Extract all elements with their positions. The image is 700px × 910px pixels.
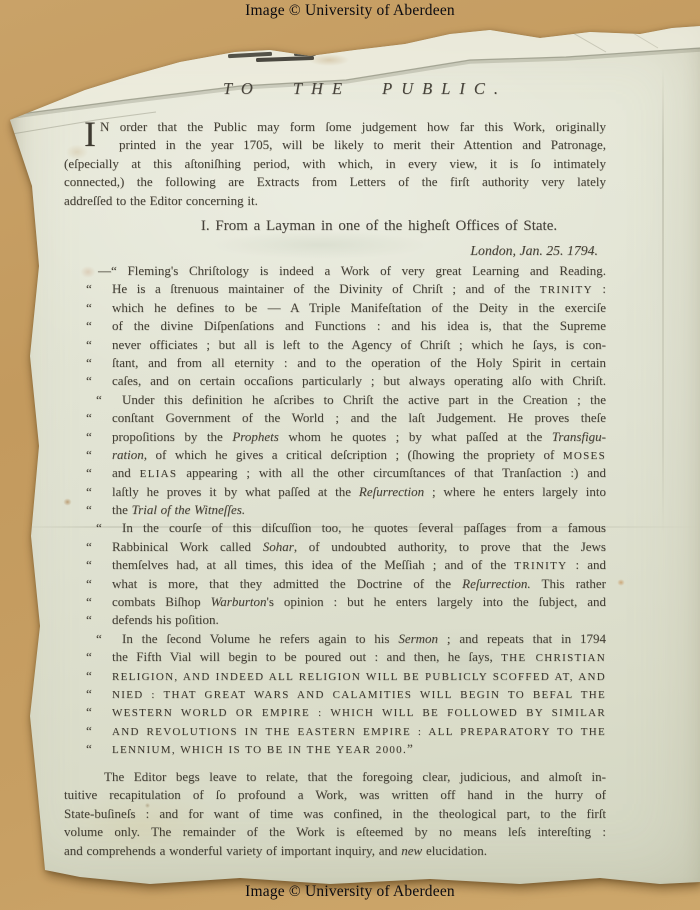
- text-segment: : and: [567, 557, 606, 572]
- text-segment: Warburton: [211, 594, 267, 609]
- quote-mark: “: [86, 464, 92, 482]
- text-segment: ſtant, and from all eternity : and to th…: [112, 355, 606, 370]
- text-line: “NIED : THAT GREAT WARS AND CALAMITIES W…: [64, 685, 606, 703]
- text-segment: appearing ; with all the other circumſta…: [177, 465, 606, 480]
- text-line: “AND REVOLUTIONS IN THE EASTERN EMPIRE :…: [64, 722, 606, 740]
- text-line: “caſes, and on certain occaſions particu…: [64, 372, 606, 390]
- text-line: “RELIGION, AND INDEED ALL RELIGION WILL …: [64, 667, 606, 685]
- text-segment: conſtant Government of the World ; and t…: [112, 410, 606, 425]
- text-segment: THE CHRISTIAN: [501, 652, 606, 664]
- text-segment: Sohar: [263, 539, 294, 554]
- copyright-watermark-top: Image © University of Aberdeen: [0, 2, 700, 20]
- quote-mark: “: [86, 648, 92, 666]
- text-segment: addreſſed to the Editor concerning it.: [64, 193, 258, 208]
- text-line: tuitive recapitulation of ſo profound a …: [64, 786, 606, 804]
- text-segment: of which he gives a critical deſcription…: [147, 447, 563, 462]
- letter-paragraph-3: “In the courſe of this diſcuſſion too, h…: [64, 519, 606, 629]
- text-line: The Editor begs leave to relate, that th…: [64, 768, 606, 786]
- text-line: “themſelves had, at all times, this idea…: [64, 556, 606, 574]
- text-segment: He is a ſtrenuous maintainer of the Divi…: [112, 281, 540, 296]
- text-line: State-buſineſs : and for want of time wa…: [64, 805, 606, 823]
- text-segment: TRINITY: [514, 560, 567, 572]
- text-line: “Under this definition he aſcribes to Ch…: [64, 391, 606, 409]
- letter-paragraph-4: “In the ſecond Volume he refers again to…: [64, 630, 606, 759]
- text-segment: ; and repeats that in 1794: [438, 631, 606, 646]
- text-segment: connected,) the following are Extracts f…: [64, 174, 606, 189]
- printed-text: TO THE PUBLIC. IN order that the Public …: [64, 26, 606, 888]
- text-line: “In the ſecond Volume he refers again to…: [64, 630, 606, 648]
- text-line: “Rabbinical Work called Sohar, of undoub…: [64, 538, 606, 556]
- text-segment: WESTERN WORLD OR EMPIRE : WHICH WILL BE …: [112, 707, 606, 721]
- text-segment: Transfigu-: [552, 429, 606, 444]
- letter-paragraph-2: “Under this definition he aſcribes to Ch…: [64, 391, 606, 520]
- quote-mark: “: [86, 611, 92, 629]
- text-segment: In the courſe of this diſcuſſion too, he…: [122, 520, 606, 535]
- text-segment: which he defines to be — A Triple Manife…: [112, 300, 606, 315]
- text-line: “He is a ſtrenuous maintainer of the Div…: [64, 280, 606, 298]
- quote-mark: “: [86, 372, 92, 390]
- text-line: printed in the year 1705, will be likely…: [64, 136, 606, 154]
- text-segment: MOSES: [563, 450, 606, 462]
- quote-mark: “: [86, 428, 92, 446]
- quote-mark: “: [86, 685, 92, 703]
- text-line: “LENNIUM, WHICH IS TO BE IN THE YEAR 200…: [64, 740, 606, 758]
- text-line: “which he defines to be — A Triple Manif…: [64, 299, 606, 317]
- text-segment: laſtly he proves it by what paſſed at th…: [112, 484, 359, 499]
- text-segment: tuitive recapitulation of ſo profound a …: [64, 787, 606, 802]
- quote-mark: “: [86, 593, 92, 611]
- text-segment: ELIAS: [140, 468, 178, 480]
- text-line: “In the courſe of this diſcuſſion too, h…: [64, 519, 606, 537]
- text-line: “ſtant, and from all eternity : and to t…: [64, 354, 606, 372]
- vertical-crease: [662, 66, 664, 536]
- text-segment: This rather: [531, 576, 606, 591]
- foxing-stain: [616, 578, 626, 587]
- text-line: volume only. The remainder of the Work i…: [64, 823, 606, 841]
- letter-extract: —“ Fleming's Chriſtology is indeed a Wor…: [64, 262, 606, 759]
- text-segment: elucidation.: [422, 843, 487, 858]
- text-segment: Reſurrection: [359, 484, 424, 499]
- paragraph-editor-note: The Editor begs leave to relate, that th…: [64, 768, 606, 860]
- text-line: “the Fifth Vial will begin to be poured …: [64, 648, 606, 666]
- text-segment: caſes, and on certain occaſions particul…: [112, 373, 606, 388]
- text-segment: never officiates ; but all is left to th…: [112, 337, 606, 352]
- text-segment: State-buſineſs : and for want of time wa…: [64, 806, 606, 821]
- text-segment: Under this definition he aſcribes to Chr…: [122, 392, 606, 407]
- text-segment: RELIGION, AND INDEED ALL RELIGION WILL B…: [112, 671, 606, 685]
- text-line: —“ Fleming's Chriſtology is indeed a Wor…: [64, 262, 606, 280]
- quote-mark: “: [86, 703, 92, 721]
- text-line: “conſtant Government of the World ; and …: [64, 409, 606, 427]
- paper-surface: TO THE PUBLIC. IN order that the Public …: [6, 26, 700, 888]
- text-line: “of the divine Diſpenſations and Functio…: [64, 317, 606, 335]
- text-line: (eſpecially at this aſtoniſhing period, …: [64, 155, 606, 173]
- text-segment: Rabbinical Work called: [112, 539, 263, 554]
- quote-mark: “: [86, 483, 92, 501]
- dash-quote-mark: —“: [98, 263, 128, 278]
- text-segment: of the divine Diſpenſations and Function…: [112, 318, 606, 333]
- text-segment: themſelves had, at all times, this idea …: [112, 557, 514, 572]
- quote-mark: “: [86, 740, 92, 758]
- paragraph-intro: IN order that the Public may form ſome j…: [64, 118, 606, 210]
- text-segment: Fleming's Chriſtology is indeed a Work o…: [128, 263, 606, 278]
- quote-mark: “: [86, 575, 92, 593]
- dateline: London, Jan. 25. 1794.: [64, 243, 606, 259]
- quote-mark: “: [86, 317, 92, 335]
- quote-mark: “: [86, 336, 92, 354]
- quote-mark: “: [86, 354, 92, 372]
- text-line: “never officiates ; but all is left to t…: [64, 336, 606, 354]
- text-line: “combats Biſhop Warburton's opinion : bu…: [64, 593, 606, 611]
- text-segment: the Fifth Vial will begin to be poured o…: [112, 649, 501, 664]
- text-line: “what is more, that they admitted the Do…: [64, 575, 606, 593]
- paper-sheet: TO THE PUBLIC. IN order that the Public …: [6, 26, 700, 888]
- text-line: addreſſed to the Editor concerning it.: [64, 192, 606, 210]
- text-line: “ration, of which he gives a critical de…: [64, 446, 606, 464]
- text-segment: , of undoubted authority, to prove that …: [294, 539, 606, 554]
- scan-background: Image © University of Aberdeen: [0, 0, 700, 910]
- text-segment: whom he quotes ; by what paſſed at the: [279, 429, 552, 444]
- text-segment: volume only. The remainder of the Work i…: [64, 824, 606, 839]
- text-segment: Prophets: [232, 429, 278, 444]
- text-line: “propoſitions by the Prophets whom he qu…: [64, 428, 606, 446]
- letter-paragraph-1: —“ Fleming's Chriſtology is indeed a Wor…: [64, 262, 606, 391]
- quote-mark: “: [86, 667, 92, 685]
- text-line: “defends his poſition.: [64, 611, 606, 629]
- quote-mark: “: [86, 446, 92, 464]
- text-segment: In the ſecond Volume he refers again to …: [122, 631, 398, 646]
- text-segment: AND REVOLUTIONS IN THE EASTERN EMPIRE : …: [112, 726, 606, 740]
- text-line: and comprehends a wonderful variety of i…: [64, 842, 606, 860]
- text-segment: ”: [407, 741, 413, 756]
- text-segment: (eſpecially at this aſtoniſhing period, …: [64, 156, 606, 171]
- quote-mark: “: [96, 391, 102, 409]
- text-segment: and comprehends a wonderful variety of i…: [64, 843, 401, 858]
- copyright-watermark-bottom: Image © University of Aberdeen: [0, 883, 700, 901]
- text-segment: LENNIUM, WHICH IS TO BE IN THE YEAR 2000…: [112, 744, 407, 756]
- text-segment: Reſurrection.: [462, 576, 530, 591]
- text-segment: ; where he enters largely into: [424, 484, 606, 499]
- text-segment: :: [593, 281, 606, 296]
- crease-topright-2: [628, 30, 658, 48]
- text-line: N order that the Public may form ſome ju…: [64, 118, 606, 136]
- text-line: “laſtly he proves it by what paſſed at t…: [64, 483, 606, 501]
- text-segment: combats Biſhop: [112, 594, 211, 609]
- text-segment: NIED : THAT GREAT WARS AND CALAMITIES WI…: [112, 689, 606, 701]
- text-segment: N order that the Public may form ſome ju…: [100, 119, 606, 134]
- text-segment: ration,: [112, 447, 147, 462]
- text-segment: The Editor begs leave to relate, that th…: [104, 769, 606, 784]
- text-segment: the: [112, 502, 132, 517]
- text-segment: defends his poſition.: [112, 612, 219, 627]
- text-segment: 's opinion : but he enters largely into …: [267, 594, 607, 609]
- document-title: TO THE PUBLIC.: [94, 79, 636, 99]
- text-segment: Trial of the Witneſſes.: [132, 502, 245, 517]
- text-segment: Sermon: [398, 631, 438, 646]
- quote-mark: “: [86, 538, 92, 556]
- text-segment: propoſitions by the: [112, 429, 232, 444]
- text-line: “and ELIAS appearing ; with all the othe…: [64, 464, 606, 482]
- quote-mark: “: [86, 556, 92, 574]
- quote-mark: “: [96, 630, 102, 648]
- text-line: “the Trial of the Witneſſes.: [64, 501, 606, 519]
- quote-mark: “: [86, 722, 92, 740]
- quote-mark: “: [86, 299, 92, 317]
- text-segment: and: [112, 465, 140, 480]
- text-line: “WESTERN WORLD OR EMPIRE : WHICH WILL BE…: [64, 703, 606, 721]
- quote-mark: “: [96, 519, 102, 537]
- text-segment: printed in the year 1705, will be likely…: [119, 137, 606, 152]
- section-heading: I. From a Layman in one of the higheſt O…: [108, 218, 650, 235]
- text-segment: TRINITY: [540, 284, 593, 296]
- quote-mark: “: [86, 409, 92, 427]
- quote-mark: “: [86, 280, 92, 298]
- text-segment: what is more, that they admitted the Doc…: [112, 576, 462, 591]
- text-segment: new: [401, 843, 422, 858]
- text-line: connected,) the following are Extracts f…: [64, 173, 606, 191]
- quote-mark: “: [86, 501, 92, 519]
